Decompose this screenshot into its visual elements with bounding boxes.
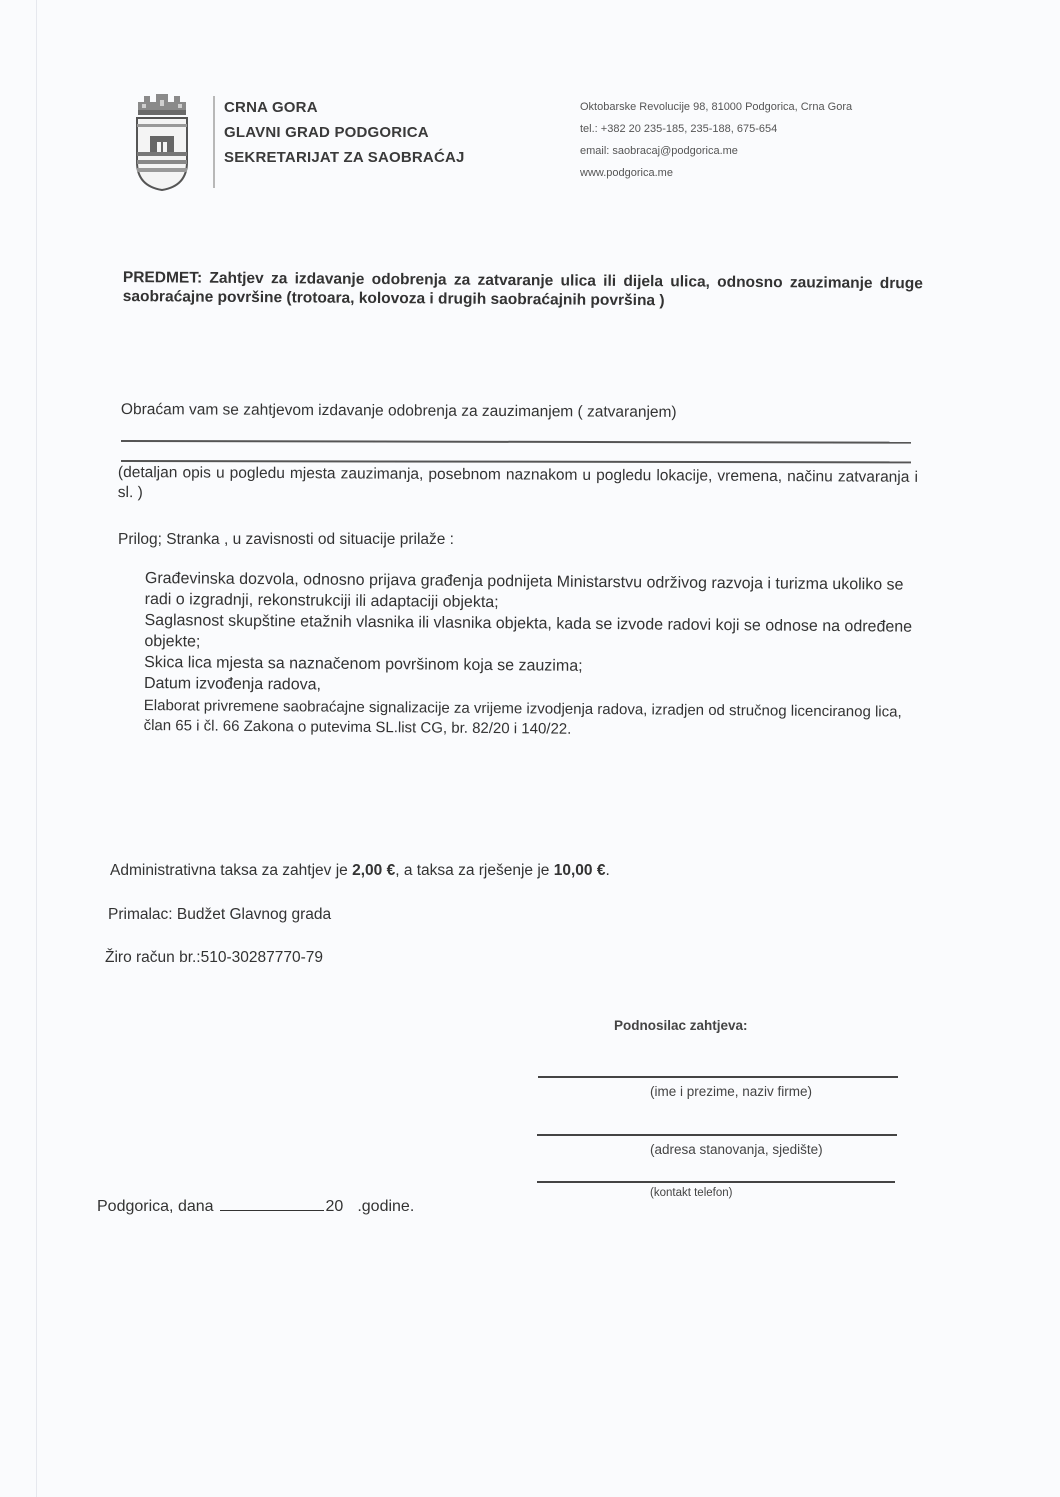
applicant-address-field[interactable]	[537, 1134, 897, 1136]
decision-fee: 10,00 €	[554, 862, 606, 879]
applicant-phone-field[interactable]	[537, 1181, 895, 1183]
attachment-item: Građevinska dozvola, odnosno prijava gra…	[145, 568, 915, 617]
attachment-item: Saglasnost skupštine etažnih vlasnika il…	[144, 610, 914, 659]
contact-info: Oktobarske Revolucije 98, 81000 Podgoric…	[580, 96, 852, 184]
applicant-name-caption: (ime i prezime, naziv firme)	[650, 1084, 812, 1099]
header-divider	[213, 96, 215, 188]
subject-label: PREDMET:	[123, 269, 202, 287]
request-detail-hint: (detaljan opis u pogledu mjesta zauziman…	[118, 463, 918, 508]
attachments-list: Građevinska dozvola, odnosno prijava gra…	[144, 568, 915, 743]
org-department: SEKRETARIJAT ZA SAOBRAĆAJ	[224, 145, 465, 170]
contact-phone: tel.: +382 20 235-185, 235-188, 675-654	[580, 118, 852, 140]
org-country: CRNA GORA	[224, 95, 465, 120]
contact-address: Oktobarske Revolucije 98, 81000 Podgoric…	[580, 96, 852, 118]
year-prefix: 20	[326, 1198, 344, 1215]
contact-website[interactable]: www.podgorica.me	[580, 162, 852, 184]
payment-recipient: Primalac: Budžet Glavnog grada	[108, 906, 331, 924]
applicant-name-field[interactable]	[538, 1076, 898, 1078]
request-fee: 2,00 €	[352, 862, 395, 879]
contact-email[interactable]: email: saobracaj@podgorica.me	[580, 140, 852, 162]
fee-suffix: .	[605, 862, 609, 879]
attachments-intro: Prilog; Stranka , u zavisnosti od situac…	[118, 530, 454, 550]
date-field[interactable]	[220, 1196, 324, 1211]
applicant-address-caption: (adresa stanovanja, sjedište)	[650, 1142, 823, 1157]
fee-statement: Administrativna taksa za zahtjev je 2,00…	[110, 862, 610, 880]
place-label: Podgorica, dana	[97, 1198, 214, 1215]
org-city: GLAVNI GRAD PODGORICA	[224, 120, 465, 145]
year-suffix: .godine.	[357, 1198, 414, 1215]
subject-text: Zahtjev za izdavanje odobrenja za zatvar…	[123, 270, 923, 310]
subject: PREDMET: Zahtjev za izdavanje odobrenja …	[123, 268, 923, 312]
request-intro: Obraćam vam se zahtjevom izdavanje odobr…	[121, 400, 677, 423]
attachment-item: Elaborat privremene saobraćajne signaliz…	[144, 696, 914, 743]
fee-middle: , a taksa za rješenje je	[395, 862, 554, 879]
bank-account: Žiro račun br.:510-30287770-79	[105, 949, 323, 967]
request-description-line-1[interactable]	[121, 440, 911, 444]
fee-prefix: Administrativna taksa za zahtjev je	[110, 862, 352, 879]
date-line: Podgorica, dana20.godine.	[97, 1196, 414, 1216]
applicant-phone-caption: (kontakt telefon)	[650, 1187, 732, 1199]
organization-name: CRNA GORA GLAVNI GRAD PODGORICA SEKRETAR…	[224, 95, 465, 170]
scan-page-edge	[36, 0, 37, 1497]
applicant-title: Podnosilac zahtjeva:	[614, 1018, 748, 1033]
coat-of-arms-icon	[134, 92, 190, 192]
